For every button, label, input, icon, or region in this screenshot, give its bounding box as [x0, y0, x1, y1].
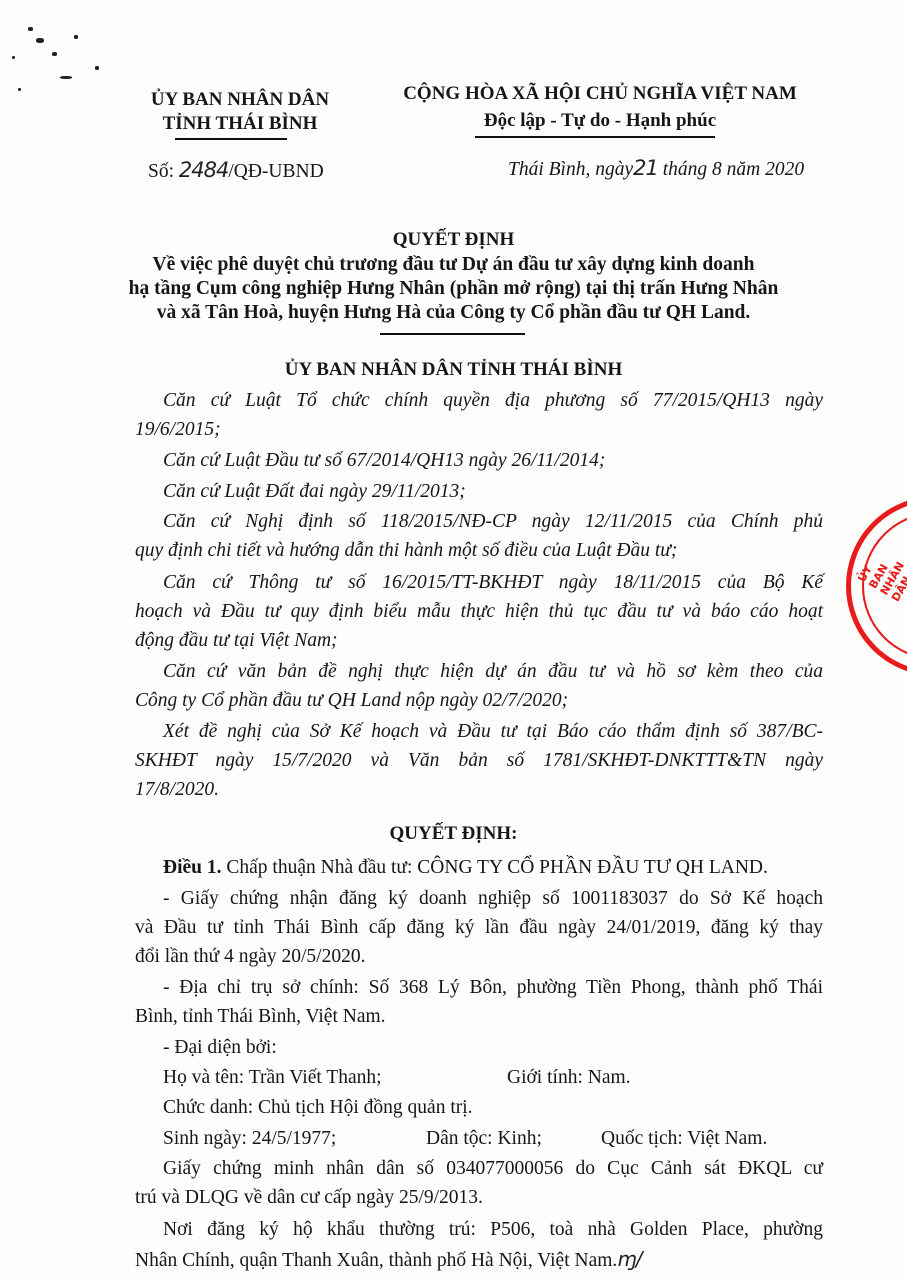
article-1: Điều 1. Chấp thuận Nhà đầu tư: CÔNG TY C… [163, 856, 768, 880]
place-date-prefix: Thái Bình, ngày [508, 159, 633, 180]
place-and-date: Thái Bình, ngày21 tháng 8 năm 2020 [508, 156, 804, 182]
address-line-1: - Địa chỉ trụ sở chính: Số 368 Lý Bôn, p… [163, 976, 823, 1000]
legal-basis-6-line-1: Căn cứ văn bản đề nghị thực hiện dự án đ… [163, 660, 823, 684]
number-suffix: /QĐ-UBND [228, 161, 323, 182]
id-card-line-2: trú và DLQG về dân cư cấp ngày 25/9/2013… [135, 1186, 483, 1210]
legal-basis-1-line-2: 19/6/2015; [135, 418, 221, 442]
place-date-suffix: tháng 8 năm 2020 [663, 159, 804, 180]
legal-basis-4-line-2: quy định chi tiết và hướng dẫn thi hành … [135, 539, 677, 563]
article-1-text: Chấp thuận Nhà đầu tư: CÔNG TY CỔ PHẦN Đ… [226, 857, 768, 878]
number-label: Số: [148, 161, 174, 182]
legal-basis-3: Căn cứ Luật Đất đai ngày 29/11/2013; [163, 480, 466, 504]
issuer-line-2: TỈNH THÁI BÌNH [125, 112, 355, 136]
registration-line-1: - Giấy chứng nhận đăng ký doanh nghiệp s… [163, 887, 823, 911]
legal-basis-7-line-2: SKHĐT ngày 15/7/2020 và Văn bản số 1781/… [135, 749, 823, 773]
subject-line-2: hạ tầng Cụm công nghiệp Hưng Nhân (phần … [0, 277, 907, 301]
representative-birth-date: Sinh ngày: 24/5/1977; [163, 1127, 336, 1151]
handwritten-day: 21 [633, 156, 658, 180]
legal-basis-5-line-1: Căn cứ Thông tư số 16/2015/TT-BKHĐT ngày… [163, 571, 823, 595]
registration-line-2: và Đầu tư tỉnh Thái Bình cấp đăng ký lần… [135, 916, 823, 940]
document-type: QUYẾT ĐỊNH [0, 228, 907, 252]
legal-basis-4-line-1: Căn cứ Nghị định số 118/2015/NĐ-CP ngày … [163, 510, 823, 534]
legal-basis-7-line-3: 17/8/2020. [135, 778, 219, 802]
address-line-2: Bình, tỉnh Thái Bình, Việt Nam. [135, 1005, 386, 1029]
residence-line-1: Nơi đăng ký hộ khẩu thường trú: P506, to… [163, 1218, 823, 1242]
legal-basis-1-line-1: Căn cứ Luật Tổ chức chính quyền địa phươ… [163, 389, 823, 413]
representative-name: Họ và tên: Trần Viết Thanh; [163, 1066, 382, 1090]
id-card-line-1: Giấy chứng minh nhân dân số 034077000056… [163, 1157, 823, 1181]
issuer-line-1: ỦY BAN NHÂN DÂN [125, 88, 355, 112]
document-subject: Về việc phê duyệt chủ trương đầu tư Dự á… [0, 253, 907, 325]
article-1-label: Điều 1. [163, 857, 222, 878]
representative-position: Chức danh: Chủ tịch Hội đồng quản trị. [163, 1096, 473, 1120]
represented-by: - Đại diện bởi: [163, 1036, 277, 1060]
representative-ethnicity: Dân tộc: Kinh; [426, 1127, 542, 1151]
legal-basis-7-line-1: Xét đề nghị của Sở Kế hoạch và Đầu tư tạ… [163, 720, 823, 744]
handwritten-initials: ɱ/ [617, 1247, 641, 1271]
legal-basis-5-line-3: động đầu tư tại Việt Nam; [135, 629, 338, 653]
national-motto: CỘNG HÒA XÃ HỘI CHỦ NGHĨA VIỆT NAM Độc l… [370, 80, 830, 134]
residence-text: Nhân Chính, quận Thanh Xuân, thành phố H… [135, 1250, 617, 1271]
document-number: Số: 2484/QĐ-UBND [148, 158, 324, 184]
residence-line-2: Nhân Chính, quận Thanh Xuân, thành phố H… [135, 1247, 642, 1273]
legal-basis-5-line-2: hoạch và Đầu tư quy định biểu mẫu thực h… [135, 600, 823, 624]
country-name: CỘNG HÒA XÃ HỘI CHỦ NGHĨA VIỆT NAM [370, 80, 830, 107]
decision-heading: QUYẾT ĐỊNH: [0, 822, 907, 846]
subject-line-1: Về việc phê duyệt chủ trương đầu tư Dự á… [0, 253, 907, 277]
legal-basis-2: Căn cứ Luật Đầu tư số 67/2014/QH13 ngày … [163, 449, 605, 473]
authority-heading: ỦY BAN NHÂN DÂN TỈNH THÁI BÌNH [0, 358, 907, 382]
representative-gender: Giới tính: Nam. [507, 1066, 631, 1090]
title-underline [380, 333, 525, 335]
legal-basis-6-line-2: Công ty Cổ phần đầu tư QH Land nộp ngày … [135, 689, 568, 713]
registration-line-3: đổi lần thứ 4 ngày 20/5/2020. [135, 945, 365, 969]
issuer-underline [175, 138, 287, 140]
issuer-name: ỦY BAN NHÂN DÂN TỈNH THÁI BÌNH [125, 88, 355, 136]
representative-nationality: Quốc tịch: Việt Nam. [601, 1127, 767, 1151]
motto-underline [475, 136, 715, 138]
motto: Độc lập - Tự do - Hạnh phúc [370, 107, 830, 134]
subject-line-3: và xã Tân Hoà, huyện Hưng Hà của Công ty… [0, 301, 907, 325]
handwritten-number: 2484 [179, 158, 228, 182]
